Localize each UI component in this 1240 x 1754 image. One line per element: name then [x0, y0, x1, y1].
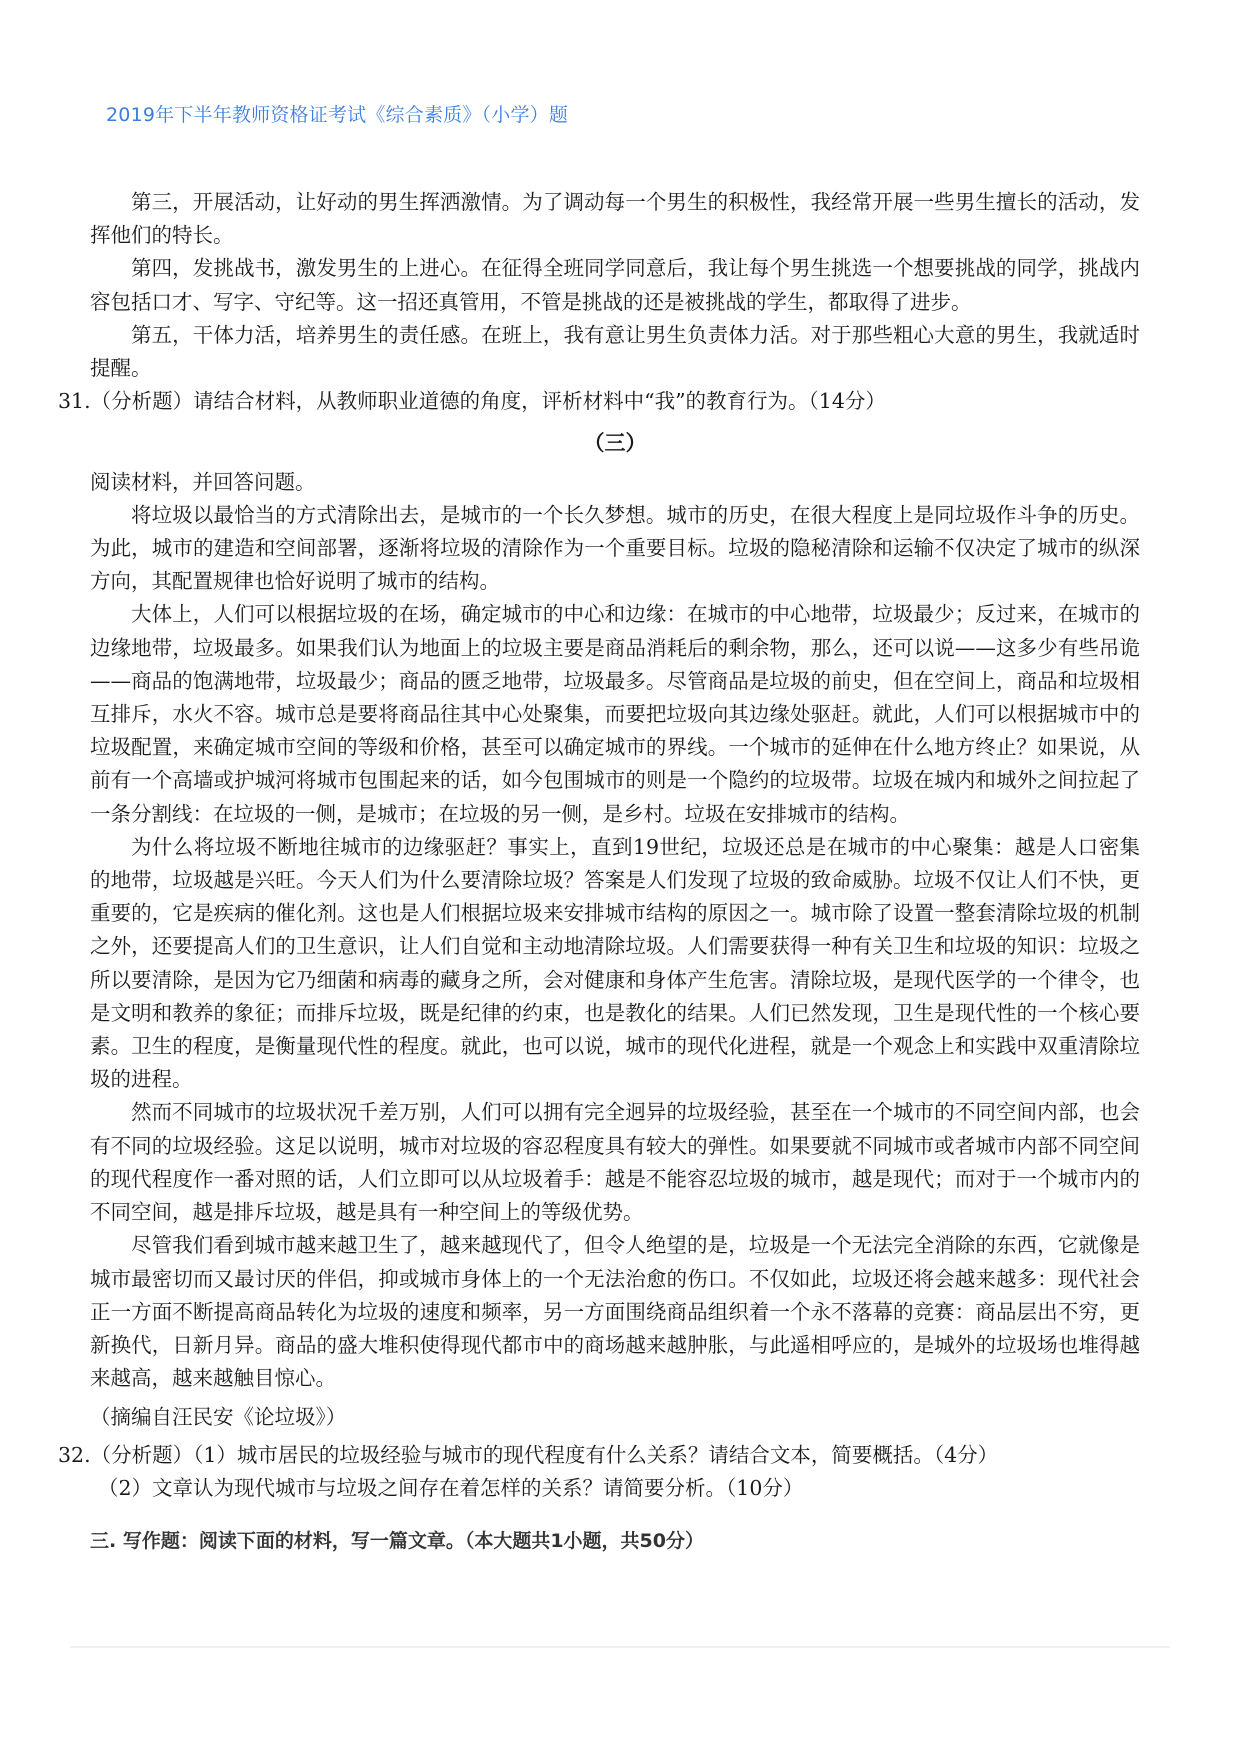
material-paragraph-2: 大体上，人们可以根据垃圾的在场，确定城市的中心和边缘：在城市的中心地带，垃圾最少… [90, 598, 1140, 830]
page-header-title: 2019年下半年教师资格证考试《综合素质》（小学）题 [106, 100, 568, 127]
paragraph-fifth-measure: 第五，干体力活，培养男生的责任感。在班上，我有意让男生负责体力活。对于那些粗心大… [90, 319, 1140, 385]
question-31: 31.（分析题）请结合材料，从教师职业道德的角度，评析材料中“我”的教育行为。（… [58, 385, 1140, 418]
question-32-part-2: （2）文章认为现代城市与垃圾之间存在着怎样的关系？请简要分析。（10分） [98, 1472, 1140, 1505]
material-paragraph-1: 将垃圾以最恰当的方式清除出去，是城市的一个长久梦想。城市的历史，在很大程度上是同… [90, 499, 1140, 599]
material-paragraph-5: 尽管我们看到城市越来越卫生了，越来越现代了，但令人绝望的是，垃圾是一个无法完全消… [90, 1229, 1140, 1395]
material-three-heading: （三） [90, 426, 1140, 459]
material-source: （摘编自汪民安《论垃圾》） [90, 1401, 1130, 1434]
page-divider [70, 1646, 1170, 1648]
section-three-title: 三. 写作题：阅读下面的材料，写一篇文章。（本大题共1小题，共50分） [90, 1525, 1140, 1558]
material-paragraph-3: 为什么将垃圾不断地往城市的边缘驱赶？事实上，直到19世纪，垃圾还总是在城市的中心… [90, 831, 1140, 1097]
paragraph-fourth-measure: 第四，发挑战书，激发男生的上进心。在征得全班同学同意后，我让每个男生挑选一个想要… [90, 252, 1140, 318]
material-three-intro: 阅读材料，并回答问题。 [90, 466, 1140, 499]
question-32-part-1: 32.（分析题）（1）城市居民的垃圾经验与城市的现代程度有什么关系？请结合文本，… [58, 1439, 1140, 1472]
material-paragraph-4: 然而不同城市的垃圾状况千差万别，人们可以拥有完全迥异的垃圾经验，甚至在一个城市的… [90, 1096, 1140, 1229]
document-body: 第三，开展活动，让好动的男生挥洒激情。为了调动每一个男生的积极性，我经常开展一些… [90, 186, 1140, 1558]
paragraph-third-measure: 第三，开展活动，让好动的男生挥洒激情。为了调动每一个男生的积极性，我经常开展一些… [90, 186, 1140, 252]
